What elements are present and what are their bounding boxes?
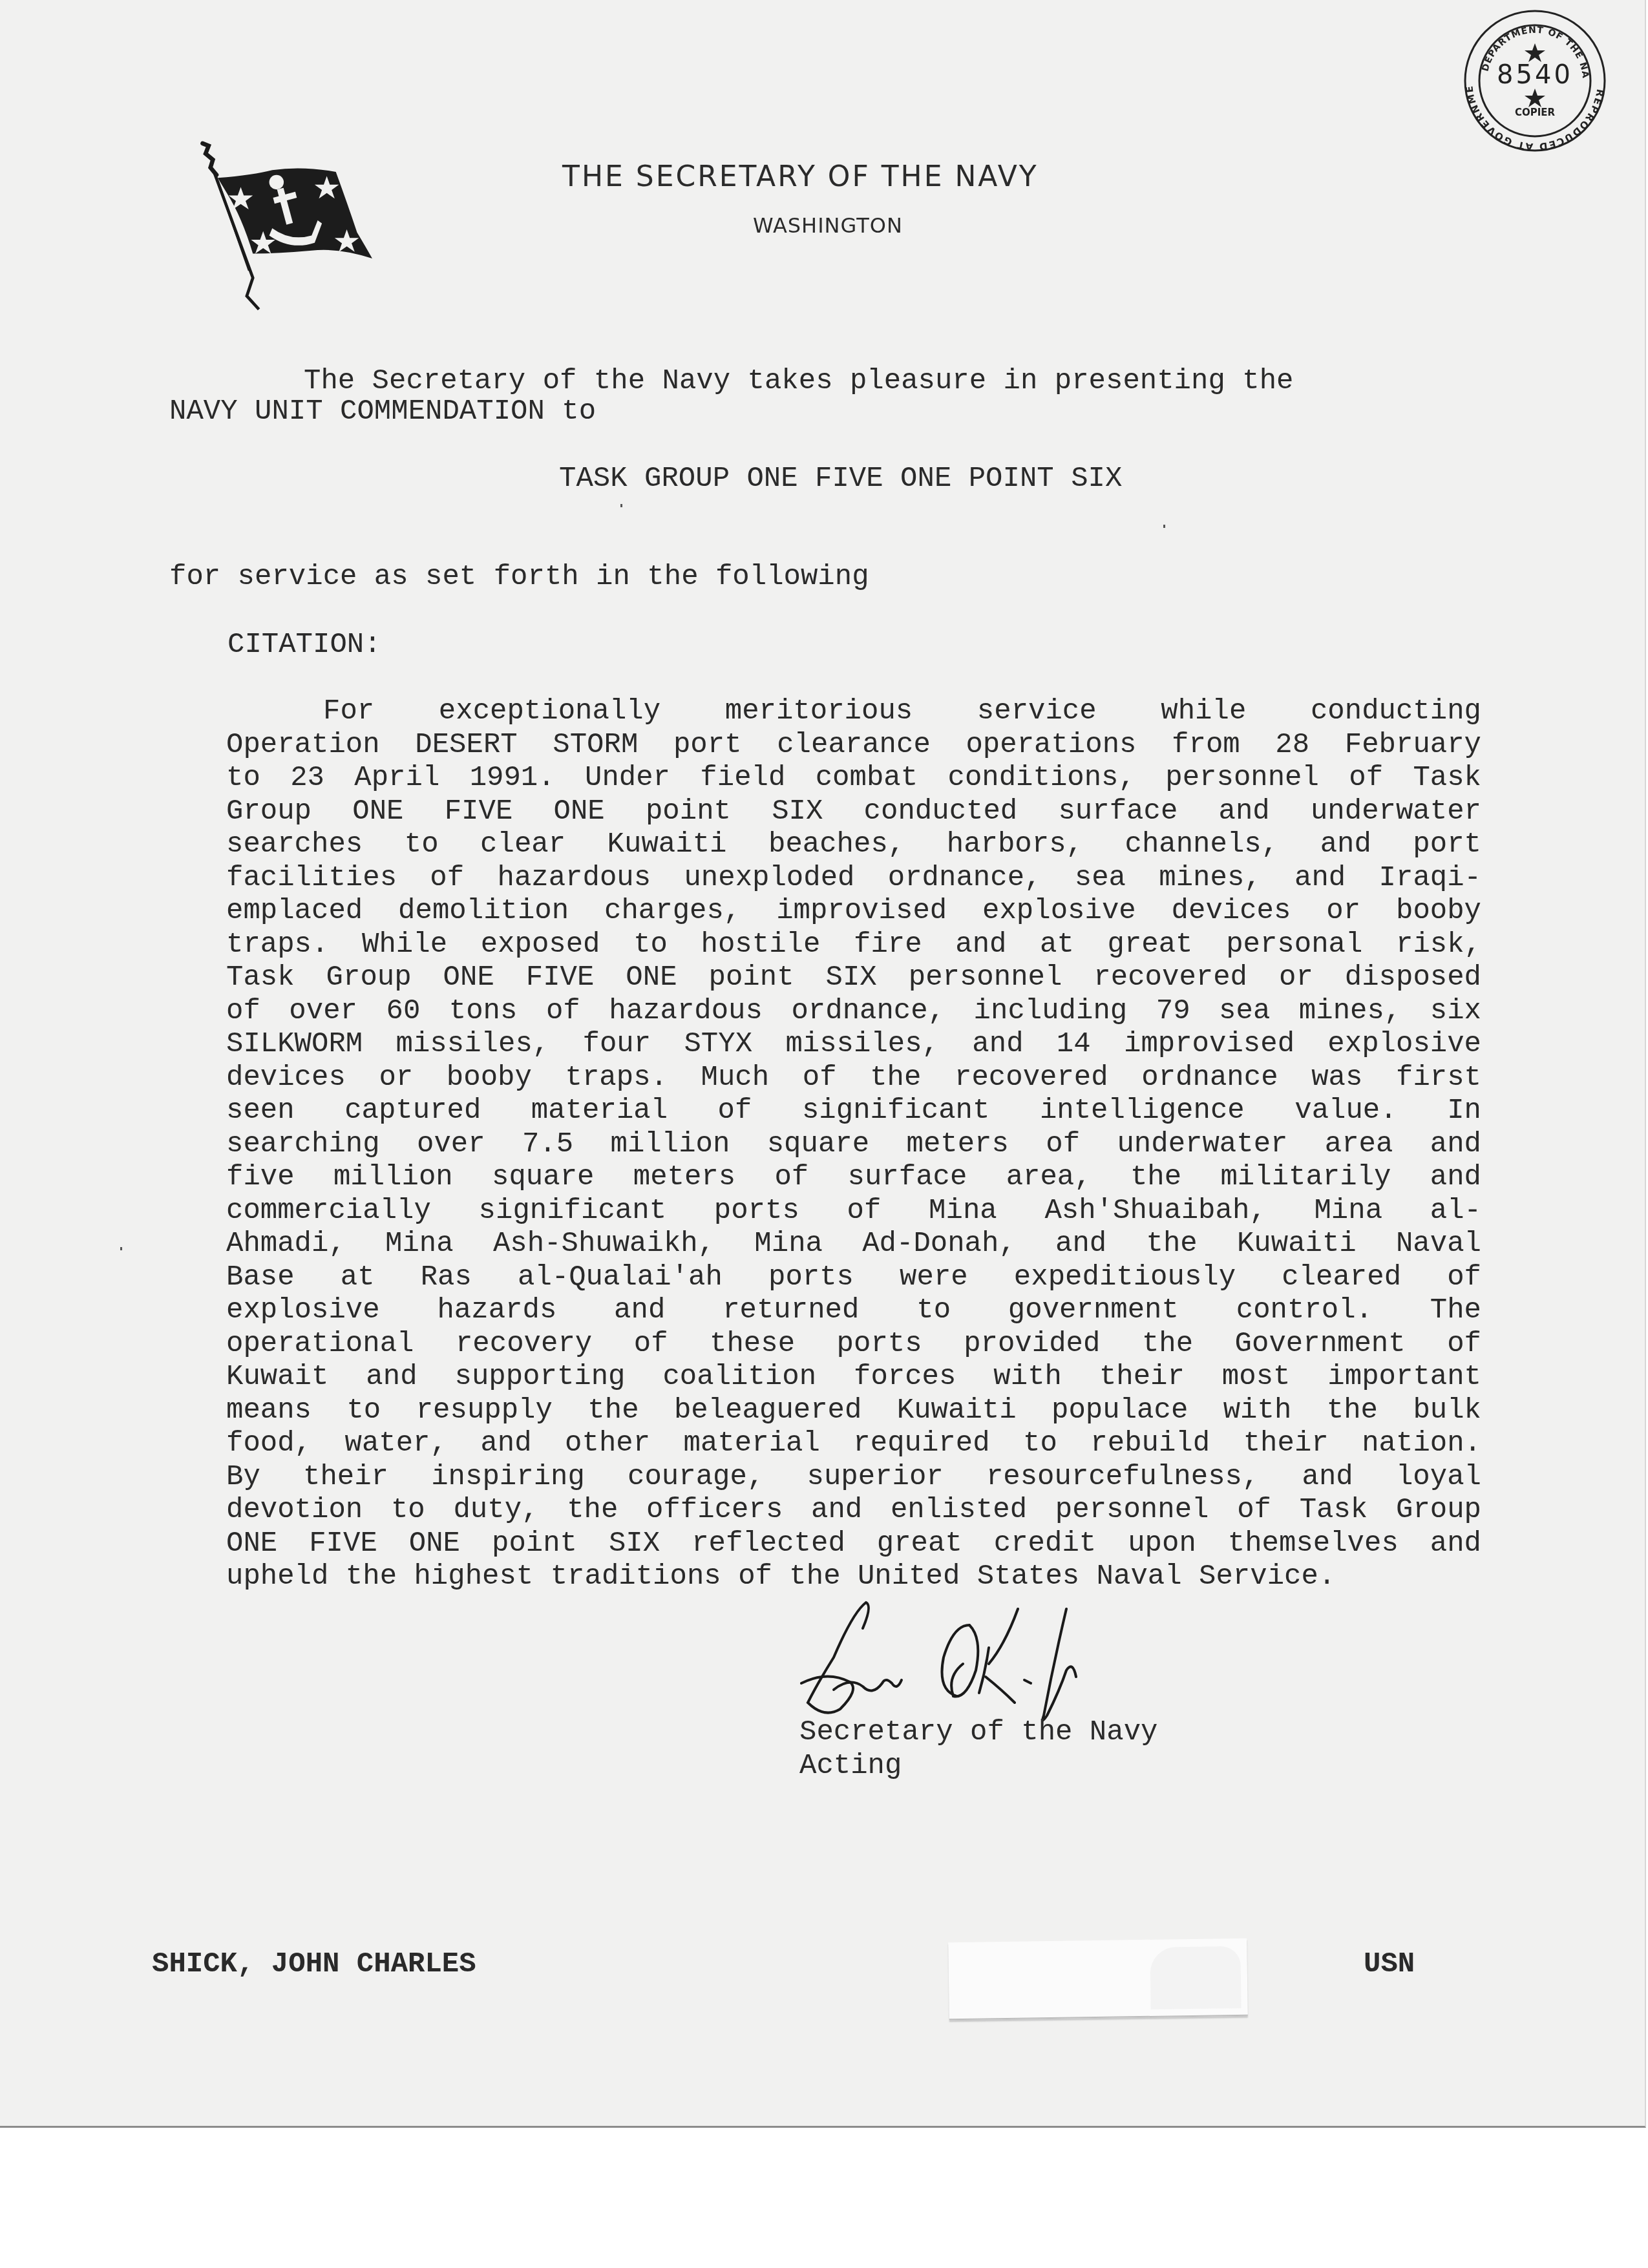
citation-line: explosive hazards and returned to govern… (226, 1294, 1481, 1328)
presentation-intro-line-1: The Secretary of the Navy takes pleasure… (304, 365, 1293, 397)
citation-line: traps. While exposed to hostile fire and… (226, 929, 1481, 962)
seal-label: COPIER (1457, 107, 1612, 118)
seal-number: 8540 (1457, 60, 1612, 90)
citation-label: CITATION: (227, 629, 381, 661)
presentation-intro-line-2: NAVY UNIT COMMENDATION to (169, 395, 596, 428)
citation-line: five million square meters of surface ar… (226, 1161, 1481, 1195)
citation-line: Operation DESERT STORM port clearance op… (226, 729, 1481, 762)
citation-line: of over 60 tons of hazardous ordnance, i… (226, 995, 1481, 1029)
citation-line: Ahmadi, Mina Ash-Shuwaikh, Mina Ad-Donah… (226, 1228, 1481, 1261)
signatory-title: Secretary of the Navy (799, 1716, 1158, 1748)
citation-line: operational recovery of these ports prov… (226, 1328, 1481, 1361)
awardee-name: SHICK, JOHN CHARLES (152, 1948, 476, 1980)
citation-line: food, water, and other material required… (226, 1427, 1481, 1461)
recipient-unit: TASK GROUP ONE FIVE ONE POINT SIX (559, 463, 1122, 495)
letterhead-location: WASHINGTON (753, 213, 903, 238)
citation-line: Group ONE FIVE ONE point SIX conducted s… (226, 795, 1481, 829)
paper-speck (120, 1247, 122, 1250)
tape-patch (948, 1938, 1248, 2020)
citation-line: means to resupply the beleaguered Kuwait… (226, 1394, 1481, 1428)
citation-line: facilities of hazardous unexploded ordna… (226, 862, 1481, 896)
citation-line: ONE FIVE ONE point SIX reflected great c… (226, 1528, 1481, 1561)
citation-line: devices or booby traps. Much of the reco… (226, 1062, 1481, 1095)
copier-seal-stamp: REPRODUCED AT GOVERNMENT EXPENSE DEPARTM… (1457, 3, 1612, 158)
citation-line: SILKWORM missiles, four STYX missiles, a… (226, 1028, 1481, 1062)
citation-line: seen captured material of significant in… (226, 1095, 1481, 1128)
citation-line: emplaced demolition charges, improvised … (226, 895, 1481, 929)
citation-line: to 23 April 1991. Under field combat con… (226, 762, 1481, 795)
citation-line: searching over 7.5 million square meters… (226, 1128, 1481, 1162)
citation-body: For exceptionally meritorious service wh… (226, 695, 1481, 1594)
citation-line: devotion to duty, the officers and enlis… (226, 1494, 1481, 1528)
service-line: for service as set forth in the followin… (169, 561, 869, 593)
citation-line: searches to clear Kuwaiti beaches, harbo… (226, 828, 1481, 862)
paper-speck (1163, 525, 1165, 528)
citation-line: Kuwait and supporting coalition forces w… (226, 1361, 1481, 1394)
citation-line: For exceptionally meritorious service wh… (226, 695, 1481, 729)
certificate-page: THE SECRETARY OF THE NAVY WASHINGTON REP… (0, 0, 1646, 2128)
awardee-branch: USN (1364, 1948, 1415, 1980)
paper-speck (620, 504, 622, 507)
signatory-subtitle: Acting (799, 1750, 902, 1782)
navy-secretary-flag-icon (181, 132, 388, 326)
letterhead-title: THE SECRETARY OF THE NAVY (562, 160, 1039, 193)
citation-line: Task Group ONE FIVE ONE point SIX person… (226, 961, 1481, 995)
citation-line: Base at Ras al-Qualai'ah ports were expe… (226, 1261, 1481, 1295)
citation-line: By their inspiring courage, superior res… (226, 1461, 1481, 1495)
citation-line: commercially significant ports of Mina A… (226, 1195, 1481, 1228)
